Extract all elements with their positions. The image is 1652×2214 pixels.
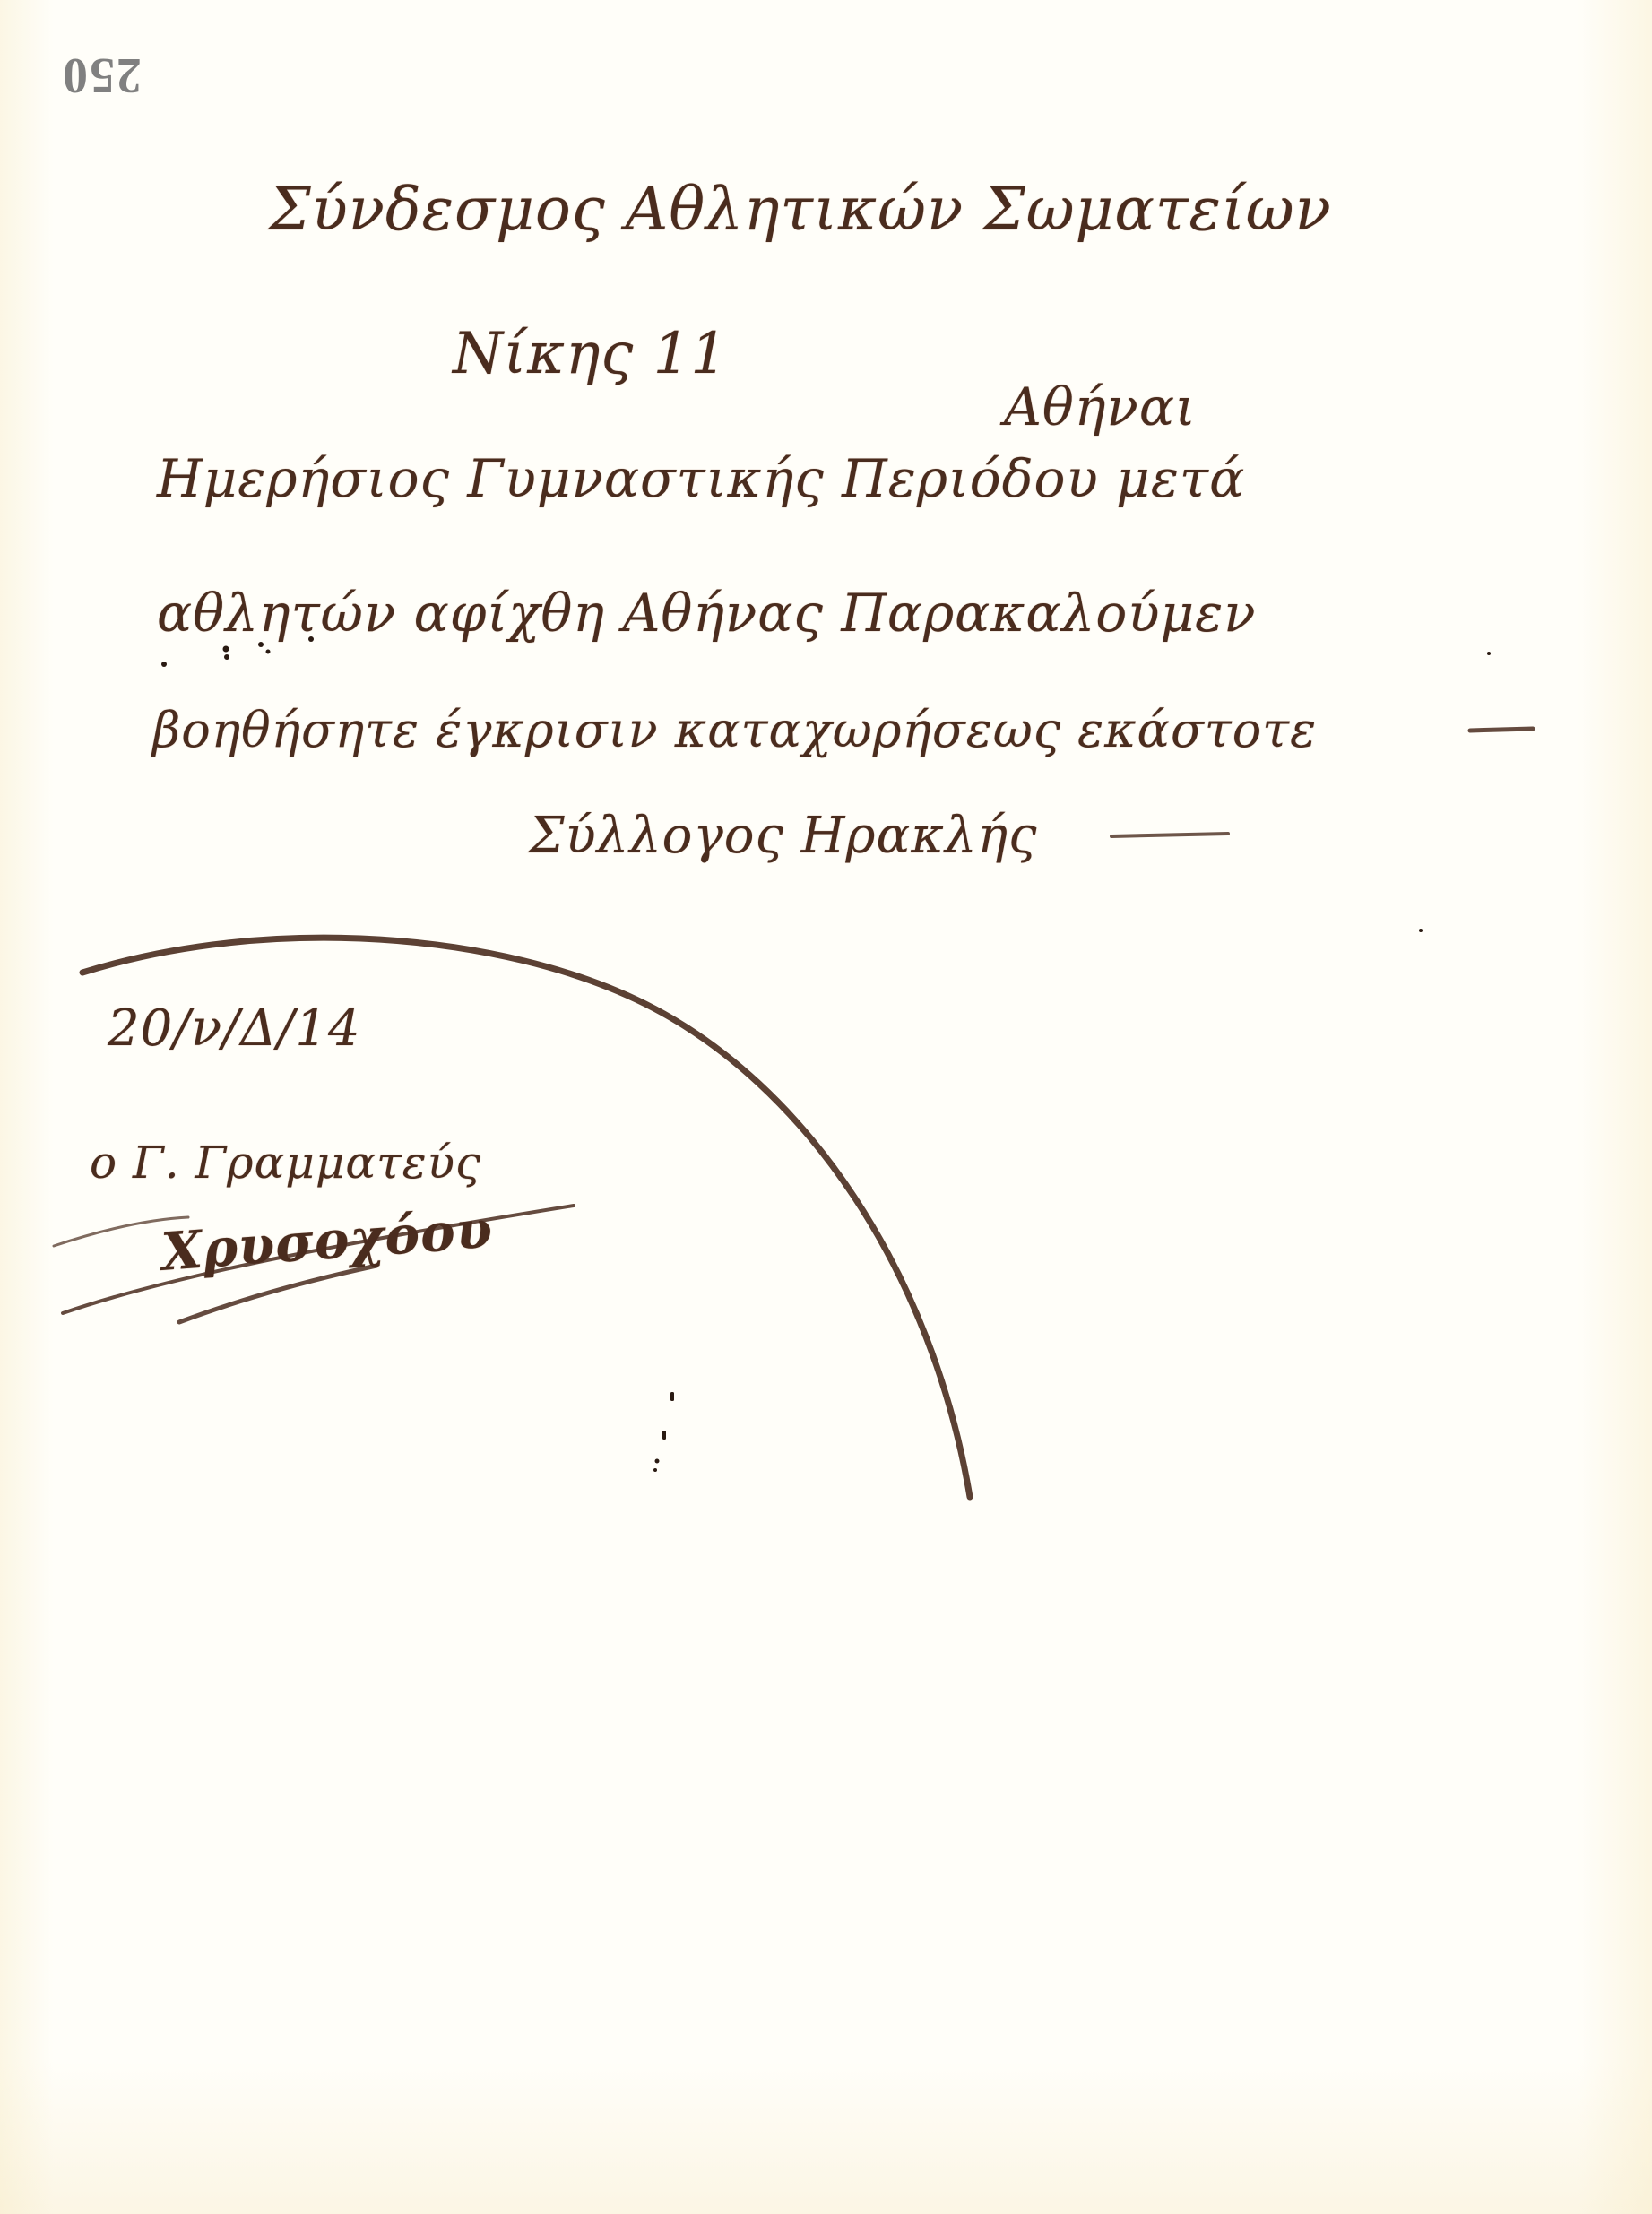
ink-marks-layer xyxy=(0,0,1652,2214)
signature-flourish xyxy=(54,1217,188,1246)
line-flourish xyxy=(1470,729,1533,731)
ink-specks xyxy=(161,636,1491,1472)
arc-stroke xyxy=(82,938,970,1497)
signature-flourish xyxy=(63,1206,574,1313)
heading-flourish xyxy=(1111,834,1228,836)
